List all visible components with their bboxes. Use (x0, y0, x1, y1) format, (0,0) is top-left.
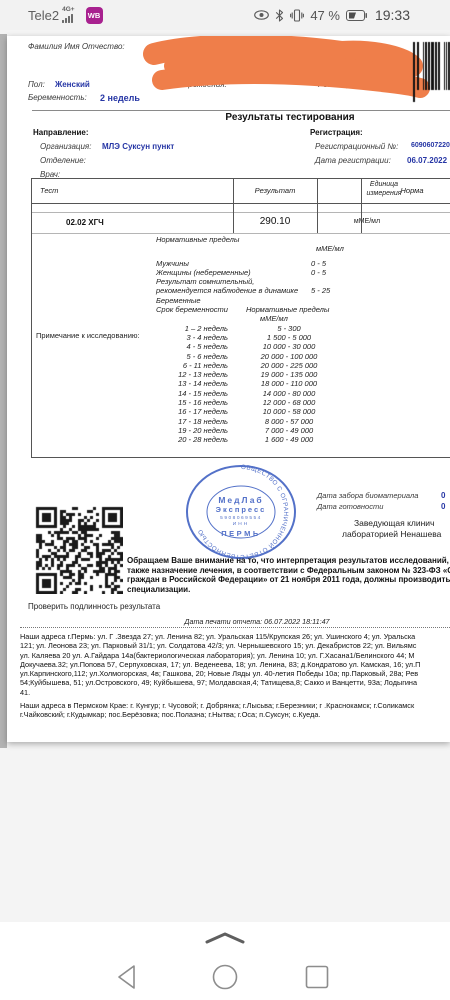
stamp-line4: ИНН (233, 521, 249, 527)
weeks-header-right: Нормативные пределы (246, 305, 329, 314)
redaction-scribble (132, 36, 432, 106)
document-viewer[interactable]: Фамилия Имя Отчество: Пол: Женский Дата … (0, 30, 450, 922)
address-line: ул.Карпинского,112; ул.Холмогорская, 4в;… (20, 669, 420, 678)
address-line: г.Чайковский; г.Кудымкар; пос.Берёзовка;… (20, 710, 414, 719)
vibrate-icon (290, 9, 304, 22)
sample-date-value: 0 (441, 491, 445, 500)
stamp-line3: 5908069554 (220, 515, 262, 521)
report-page[interactable]: Фамилия Имя Отчество: Пол: Женский Дата … (7, 36, 450, 742)
lab-stamp: ОБЩЕСТВО С ОГРАНИЧЕННОЙ ОТВЕТСТВЕННОСТЬЮ… (185, 464, 297, 560)
signature-line2: лабораторией Ненашева (342, 529, 441, 539)
week-row: 19 - 20 недель7 000 - 49 000 (156, 426, 446, 435)
unit-cell: мМЕ/мл (337, 218, 397, 225)
organization-label: Организация: (40, 142, 91, 151)
sex-value: Женский (55, 80, 90, 89)
status-bar: Tele2 4G+ WB 47 % (0, 0, 450, 30)
warning-line: специализации. (127, 585, 450, 595)
note-label: Примечание к исследованию: (36, 331, 154, 340)
header-divider (32, 110, 450, 111)
test-name-cell: 02.02 ХГЧ (66, 218, 104, 227)
back-button[interactable] (110, 960, 144, 994)
address-line: Наши адреса в Пермском Крае: г. Кунгур; … (20, 701, 414, 710)
limit-row: рекомендуется наблюдение в динамике5 - 2… (156, 286, 446, 295)
warning-text: Обращаем Ваше внимание на то, что интерп… (127, 556, 450, 594)
week-row: 4 - 5 недель10 000 - 30 000 (156, 342, 446, 351)
week-row: 6 - 11 недель20 000 - 225 000 (156, 361, 446, 370)
verify-authenticity-link[interactable]: Проверить подлинность результата (28, 602, 160, 611)
address-line: 54;Куйбышева, 51; ул.Островского, 49; Ку… (20, 678, 420, 687)
print-date: Дата печати отчета: 06.07.2022 18:11:47 (147, 617, 367, 626)
ready-date-value: 0 (441, 502, 445, 511)
barcode (408, 40, 450, 104)
signature-line1: Заведующая клинич (354, 518, 434, 528)
wb-app-badge: WB (86, 7, 103, 24)
battery-percent-label: 47 % (310, 8, 340, 23)
address-line: 121; ул. Леонова 23; ул. Парковый 31/1; … (20, 641, 420, 650)
organization-value: МЛЭ Суксун пункт (102, 142, 174, 151)
week-row: 12 - 13 недель19 000 - 135 000 (156, 370, 446, 379)
addresses-perm: Наши адреса г.Пермь: ул. Г .Звезда 27; у… (20, 632, 420, 697)
week-row: 15 - 16 недель12 000 - 68 000 (156, 398, 446, 407)
qr-code (35, 506, 123, 594)
swipe-up-handle[interactable] (203, 930, 247, 946)
week-row: 5 - 6 недель20 000 - 100 000 (156, 352, 446, 361)
phone-screen: Tele2 4G+ WB 47 % (0, 0, 450, 1000)
carrier-label: Tele2 (28, 8, 59, 23)
warning-line: граждан в Российской Федерации» от 21 но… (127, 575, 450, 585)
reference-ranges: Нормативные пределы мМЕ/мл Мужчины0 - 5Ж… (156, 235, 446, 445)
registration-date-value: 06.07.2022 (407, 156, 447, 165)
stamp-line2: Экспресс (216, 505, 267, 514)
limits-title: Нормативные пределы (156, 235, 446, 244)
registration-number-value: 609060722082 (411, 142, 450, 149)
limit-row: Женщины (небеременные)0 - 5 (156, 268, 446, 277)
eye-icon (254, 10, 269, 20)
week-row: 1 – 2 недель5 - 300 (156, 324, 446, 333)
network-indicator: 4G+ (62, 7, 74, 24)
address-line: Наши адреса г.Пермь: ул. Г .Звезда 27; у… (20, 632, 420, 641)
patient-name-label: Фамилия Имя Отчество: (28, 42, 125, 51)
registration-heading: Регистрация: (310, 128, 363, 137)
birth-date-label: Дата рождения: (165, 80, 227, 89)
warning-line: также назначение лечения, в соответствии… (127, 566, 450, 576)
reg-code-label: Регистрационный код: (318, 80, 405, 89)
week-row: 14 - 15 недель14 000 - 80 000 (156, 389, 446, 398)
clock-label: 19:33 (375, 7, 410, 23)
address-line: Докучаева.32; ул.Попова 57, Серпуховская… (20, 660, 420, 669)
referral-heading: Направление: (33, 128, 89, 137)
android-nav-bar (0, 922, 450, 1000)
limit-row: Мужчины0 - 5 (156, 259, 446, 268)
week-row: 17 - 18 недель8 000 - 57 000 (156, 417, 446, 426)
addresses-krai: Наши адреса в Пермском Крае: г. Кунгур; … (20, 701, 414, 720)
col-header-norm: Норма (372, 186, 450, 195)
week-row: 20 - 28 недель1 600 - 49 000 (156, 435, 446, 444)
col-header-result: Результат (233, 186, 317, 195)
recents-button[interactable] (300, 960, 334, 994)
results-table: Тест Результат Единица измерения Норма 0… (31, 178, 450, 458)
ready-date-label: Дата готовности (317, 502, 383, 511)
bluetooth-icon (275, 9, 284, 22)
pregnancy-value: 2 недель (100, 93, 140, 103)
limit-row: Результат сомнительный, (156, 277, 446, 286)
registration-number-label: Регистрационный №: (315, 142, 398, 151)
previous-page-edge (0, 34, 7, 748)
dashed-divider (20, 627, 450, 628)
pregnancy-label: Беременность: (28, 93, 87, 102)
network-type-label: 4G+ (62, 7, 74, 14)
weeks-unit: мМЕ/мл (260, 314, 446, 323)
week-row: 16 - 17 недель10 000 - 58 000 (156, 407, 446, 416)
general-limits-list: Мужчины0 - 5Женщины (небеременные)0 - 5Р… (156, 259, 446, 296)
sex-label: Пол: (28, 80, 45, 89)
week-row: 3 - 4 недель1 500 - 5 000 (156, 333, 446, 342)
pregnant-heading: Беременные (156, 296, 446, 305)
stamp-line1: МедЛаб (218, 495, 263, 505)
week-row: 13 - 14 недель18 000 - 110 000 (156, 379, 446, 388)
battery-icon (346, 10, 367, 21)
registration-date-label: Дата регистрации: (315, 156, 391, 165)
weeks-list: 1 – 2 недель5 - 3003 - 4 недель1 500 - 5… (156, 324, 446, 445)
warning-line: Обращаем Ваше внимание на то, что интерп… (127, 556, 450, 566)
home-button[interactable] (208, 960, 242, 994)
limits-unit: мМЕ/мл (316, 244, 446, 253)
address-line: 41. (20, 688, 420, 697)
report-title: Результаты тестирования (167, 112, 413, 123)
signal-bars-icon (62, 14, 73, 23)
col-header-test: Тест (40, 186, 58, 195)
stamp-line5: ПЕРМЬ (221, 529, 260, 538)
sample-date-label: Дата забора биоматериала (317, 491, 418, 500)
department-label: Отделение: (40, 156, 86, 165)
weeks-header-left: Срок беременности (156, 305, 246, 314)
address-line: ул. Каляева 20 ул. А.Гайдара 14а(бактери… (20, 651, 420, 660)
result-value-cell: 290.10 (233, 216, 317, 227)
